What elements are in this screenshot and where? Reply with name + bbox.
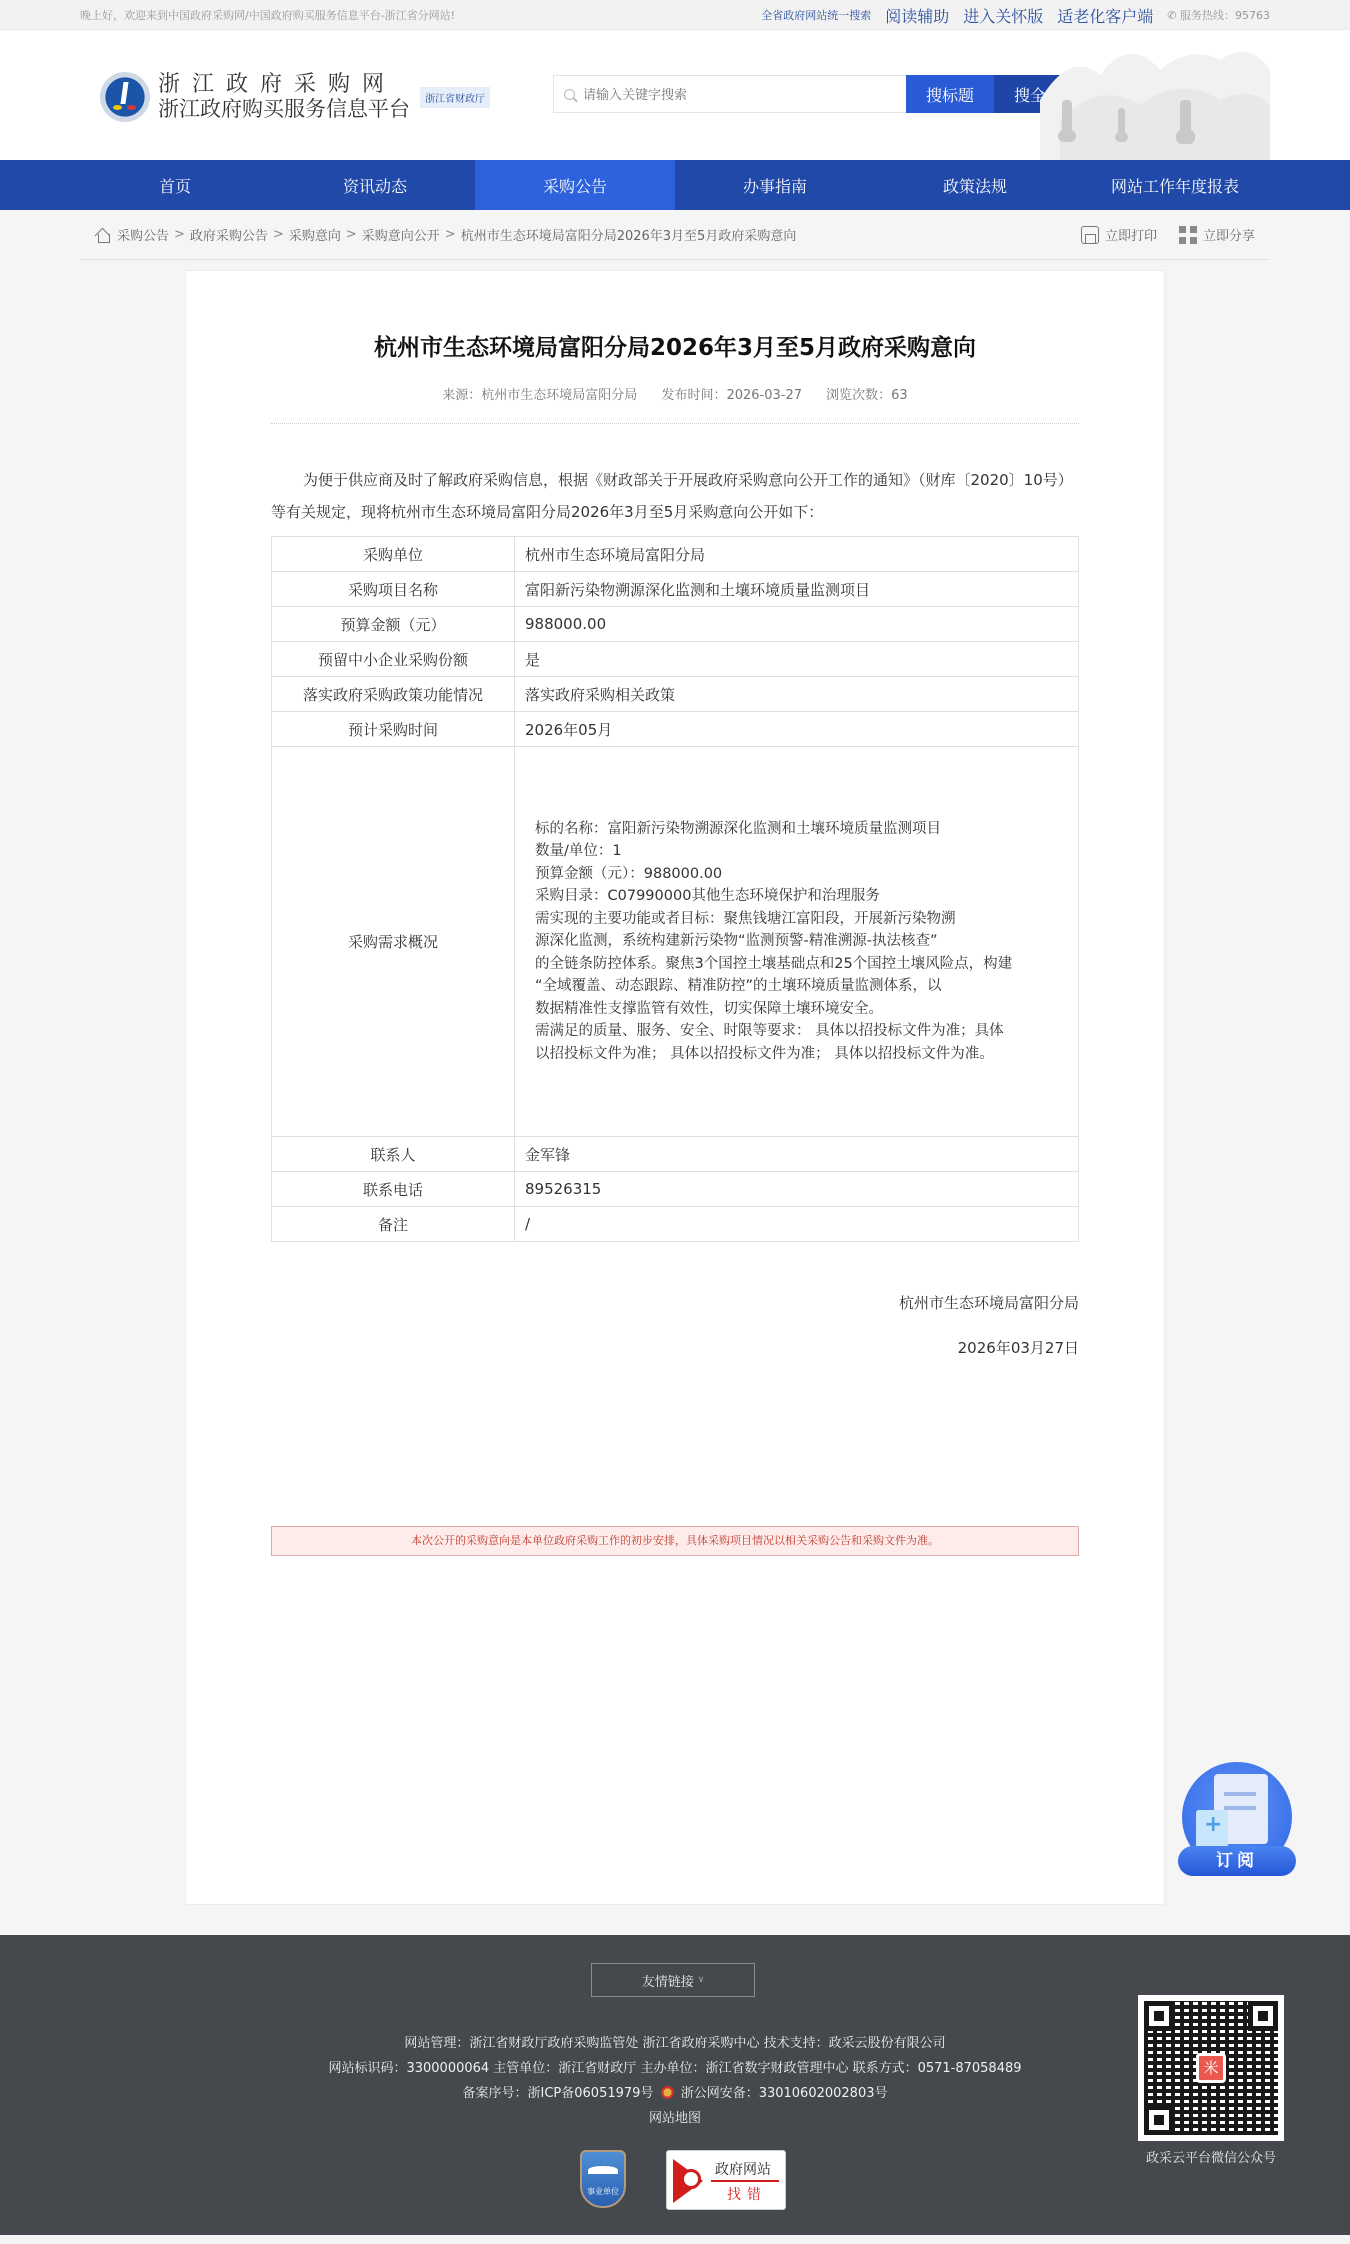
signature-org: 杭州市生态环境局富阳分局 — [271, 1292, 1079, 1313]
row-label: 采购项目名称 — [272, 572, 515, 607]
article-title: 杭州市生态环境局富阳分局2026年3月至5月政府采购意向 — [271, 271, 1079, 362]
breadcrumb-item[interactable]: 采购意向公开 — [362, 225, 440, 244]
qr-code-icon — [1179, 226, 1197, 244]
row-value: / — [515, 1207, 1079, 1242]
nav-item-procurement-notices[interactable]: 采购公告 — [475, 160, 675, 210]
elderly-client-link[interactable]: 适老化客户端 — [1057, 4, 1153, 27]
requirement-line: 需满足的质量、服务、安全、时限等要求： 具体以招投标文件为准；具体 — [535, 1020, 1058, 1043]
print-label: 立即打印 — [1105, 225, 1157, 244]
breadcrumb: 采购公告> 政府采购公告> 采购意向> 采购意向公开> 杭州市生态环境局富阳分局… — [95, 225, 796, 244]
row-label: 预留中小企业采购份额 — [272, 642, 515, 677]
subscribe-button[interactable]: 订阅 — [1178, 1762, 1296, 1880]
table-row: 落实政府采购政策功能情况落实政府采购相关政策 — [272, 677, 1079, 712]
search-field[interactable] — [553, 75, 906, 113]
breadcrumb-bar: 采购公告> 政府采购公告> 采购意向> 采购意向公开> 杭州市生态环境局富阳分局… — [80, 210, 1270, 260]
row-value: 988000.00 — [515, 607, 1079, 642]
requirements-text: 标的名称：富阳新污染物溯源深化监测和土壤环境质量监测项目数量/单位：1预算金额（… — [525, 818, 1068, 1066]
share-label: 立即分享 — [1203, 225, 1255, 244]
row-value: 杭州市生态环境局富阳分局 — [515, 537, 1079, 572]
reading-aid-link[interactable]: 阅读辅助 — [885, 4, 949, 27]
article-view-count: 浏览次数：63 — [826, 388, 908, 403]
printer-icon — [1081, 226, 1099, 244]
table-row: 联系电话89526315 — [272, 1172, 1079, 1207]
search-input[interactable] — [583, 87, 883, 102]
print-button[interactable]: 立即打印 — [1081, 225, 1157, 244]
divider — [711, 2180, 779, 2182]
bookmark-plus-icon — [1196, 1810, 1228, 1848]
hotline-text: 服务热线：95763 — [1180, 9, 1270, 22]
care-version-link[interactable]: 进入关怀版 — [963, 4, 1043, 27]
badge-label: 事业单位 — [587, 2187, 619, 2196]
requirement-line: 需实现的主要功能或者目标：聚焦钱塘江富阳段，开展新污染物溯 — [535, 908, 1058, 931]
friend-links-dropdown[interactable]: 友情链接 ∨ — [591, 1963, 755, 1997]
breadcrumb-separator: > — [445, 227, 456, 242]
magnifier-icon — [681, 2169, 701, 2189]
table-row: 预留中小企业采购份额是 — [272, 642, 1079, 677]
breadcrumb-current: 杭州市生态环境局富阳分局2026年3月至5月政府采购意向 — [461, 225, 797, 244]
row-label: 联系电话 — [272, 1172, 515, 1207]
row-label: 采购单位 — [272, 537, 515, 572]
nav-item-guide[interactable]: 办事指南 — [675, 160, 875, 210]
row-value: 金军锋 — [515, 1137, 1079, 1172]
search-bar: 搜标题 搜全文 — [553, 75, 1082, 113]
footer: 友情链接 ∨ 网站管理：浙江省财政厅政府采购监管处 浙江省政府采购中心 技术支持… — [0, 1935, 1350, 2235]
article-card: 杭州市生态环境局富阳分局2026年3月至5月政府采购意向 来源：杭州市生态环境局… — [185, 270, 1165, 1905]
pagoda-scenery-decoration — [1040, 30, 1270, 160]
row-value: 89526315 — [515, 1172, 1079, 1207]
breadcrumb-item[interactable]: 采购公告 — [117, 225, 169, 244]
row-value: 2026年05月 — [515, 712, 1079, 747]
disclaimer-notice: 本次公开的采购意向是本单位政府采购工作的初步安排，具体采购项目情况以相关采购公告… — [271, 1526, 1079, 1556]
nav-item-home[interactable]: 首页 — [75, 160, 275, 210]
row-label: 联系人 — [272, 1137, 515, 1172]
signature-date: 2026年03月27日 — [271, 1337, 1079, 1358]
sitemap-link[interactable]: 网站地图 — [649, 2111, 701, 2126]
zcy-logo-icon: 米 — [1196, 2053, 1226, 2083]
header: 浙江政府采购网 浙江政府购买服务信息平台 浙江省财政厅 搜标题 搜全文 — [0, 30, 1350, 160]
requirement-line: 标的名称：富阳新污染物溯源深化监测和土壤环境质量监测项目 — [535, 818, 1058, 841]
wechat-qr-code: 米 — [1138, 1995, 1284, 2141]
requirement-line: 预算金额（元）：988000.00 — [535, 863, 1058, 886]
breadcrumb-item[interactable]: 采购意向 — [289, 225, 341, 244]
article-intro: 为便于供应商及时了解政府采购信息，根据《财政部关于开展政府采购意向公开工作的通知… — [271, 464, 1079, 528]
article-publish-time: 发布时间：2026-03-27 — [661, 388, 802, 403]
jiucuo-title: 政府网站 — [715, 2159, 771, 2179]
table-row: 备注/ — [272, 1207, 1079, 1242]
requirement-line: 数据精准性支撑监管有效性，切实保障土壤环境安全。 — [535, 998, 1058, 1021]
table-row-requirements: 采购需求概况 标的名称：富阳新污染物溯源深化监测和土壤环境质量监测项目数量/单位… — [272, 747, 1079, 1137]
article-actions: 立即打印 立即分享 — [1081, 225, 1255, 244]
home-icon[interactable] — [95, 228, 111, 242]
table-row: 预计采购时间2026年05月 — [272, 712, 1079, 747]
requirement-line: 以招投标文件为准； 具体以招投标文件为准； 具体以招投标文件为准。 — [535, 1043, 1058, 1066]
top-bar: 晚上好，欢迎来到中国政府采购网/中国政府购买服务信息平台-浙江省分网站! 全省政… — [0, 0, 1350, 30]
row-value: 是 — [515, 642, 1079, 677]
breadcrumb-separator: > — [174, 227, 185, 242]
row-label: 备注 — [272, 1207, 515, 1242]
hotline: ✆ 服务热线：95763 — [1167, 7, 1270, 23]
breadcrumb-item[interactable]: 政府采购公告 — [190, 225, 268, 244]
table-row: 联系人金军锋 — [272, 1137, 1079, 1172]
requirement-line: 采购目录：C07990000其他生态环境保护和治理服务 — [535, 885, 1058, 908]
breadcrumb-separator: > — [273, 227, 284, 242]
friend-links-label: 友情链接 — [642, 1971, 694, 1990]
top-links: 全省政府网站统一搜索 阅读辅助 进入关怀版 适老化客户端 ✆ 服务热线：9576… — [761, 4, 1270, 27]
table-row: 采购单位杭州市生态环境局富阳分局 — [272, 537, 1079, 572]
chevron-down-icon: ∨ — [698, 1975, 705, 1985]
row-value: 富阳新污染物溯源深化监测和土壤环境质量监测项目 — [515, 572, 1079, 607]
jiucuo-subtitle: 找错 — [727, 2184, 767, 2204]
nav-item-news[interactable]: 资讯动态 — [275, 160, 475, 210]
logo-subtitle: 浙江政府购买服务信息平台 — [158, 97, 410, 121]
table-row: 采购项目名称富阳新污染物溯源深化监测和土壤环境质量监测项目 — [272, 572, 1079, 607]
nav-item-annual-report[interactable]: 网站工作年度报表 — [1075, 160, 1275, 210]
table-row: 预算金额（元）988000.00 — [272, 607, 1079, 642]
welcome-text: 晚上好，欢迎来到中国政府采购网/中国政府购买服务信息平台-浙江省分网站! — [80, 7, 455, 23]
breadcrumb-separator: > — [346, 227, 357, 242]
row-value: 落实政府采购相关政策 — [515, 677, 1079, 712]
site-logo[interactable]: 浙江政府采购网 浙江政府购买服务信息平台 浙江省财政厅 — [100, 72, 490, 122]
qr-code-image: 米 — [1144, 2001, 1278, 2135]
article-source: 来源：杭州市生态环境局富阳分局 — [442, 388, 637, 403]
row-label: 采购需求概况 — [272, 747, 515, 1137]
nav-item-policies[interactable]: 政策法规 — [875, 160, 1075, 210]
divider — [271, 423, 1079, 424]
requirement-line: 数量/单位：1 — [535, 840, 1058, 863]
unified-search-link[interactable]: 全省政府网站统一搜索 — [761, 7, 871, 23]
requirement-line: 源深化监测，系统构建新污染物“监测预警-精准溯源-执法核查” — [535, 930, 1058, 953]
procurement-intent-table: 采购单位杭州市生态环境局富阳分局 采购项目名称富阳新污染物溯源深化监测和土壤环境… — [271, 536, 1079, 1242]
logo-title: 浙江政府采购网 — [158, 73, 410, 97]
public-institution-badge[interactable]: 事业单位 — [580, 2150, 626, 2208]
police-emblem-icon — [661, 2086, 674, 2099]
qr-caption: 政采云平台微信公众号 — [1120, 2147, 1302, 2166]
police-record-link[interactable]: 浙公网安备：33010602002803号 — [681, 2086, 888, 2101]
article-meta: 来源：杭州市生态环境局富阳分局 发布时间：2026-03-27 浏览次数：63 — [271, 384, 1079, 403]
row-label: 落实政府采购政策功能情况 — [272, 677, 515, 712]
logo-emblem-icon — [100, 72, 150, 122]
phone-icon: ✆ — [1167, 9, 1180, 22]
requirement-line: 的全链条防控体系。聚焦3个国控土壤基础点和25个国控土壤风险点，构建 — [535, 953, 1058, 976]
icp-link[interactable]: 备案序号：浙ICP备06051979号 — [463, 2086, 654, 2101]
requirements-cell: 标的名称：富阳新污染物溯源深化监测和土壤环境质量监测项目数量/单位：1预算金额（… — [515, 747, 1079, 1137]
row-label: 预算金额（元） — [272, 607, 515, 642]
share-button[interactable]: 立即分享 — [1179, 225, 1255, 244]
main-nav: 首页 资讯动态 采购公告 办事指南 政策法规 网站工作年度报表 — [0, 160, 1350, 210]
search-icon — [564, 89, 575, 100]
subscribe-label: 订阅 — [1178, 1846, 1296, 1876]
row-label: 预计采购时间 — [272, 712, 515, 747]
requirement-line: “全域覆盖、动态跟踪、精准防控”的土壤环境质量监测体系，以 — [535, 975, 1058, 998]
gov-site-error-report-button[interactable]: 政府网站 找错 — [666, 2150, 786, 2210]
logo-badge: 浙江省财政厅 — [420, 87, 490, 108]
search-title-button[interactable]: 搜标题 — [906, 75, 994, 113]
